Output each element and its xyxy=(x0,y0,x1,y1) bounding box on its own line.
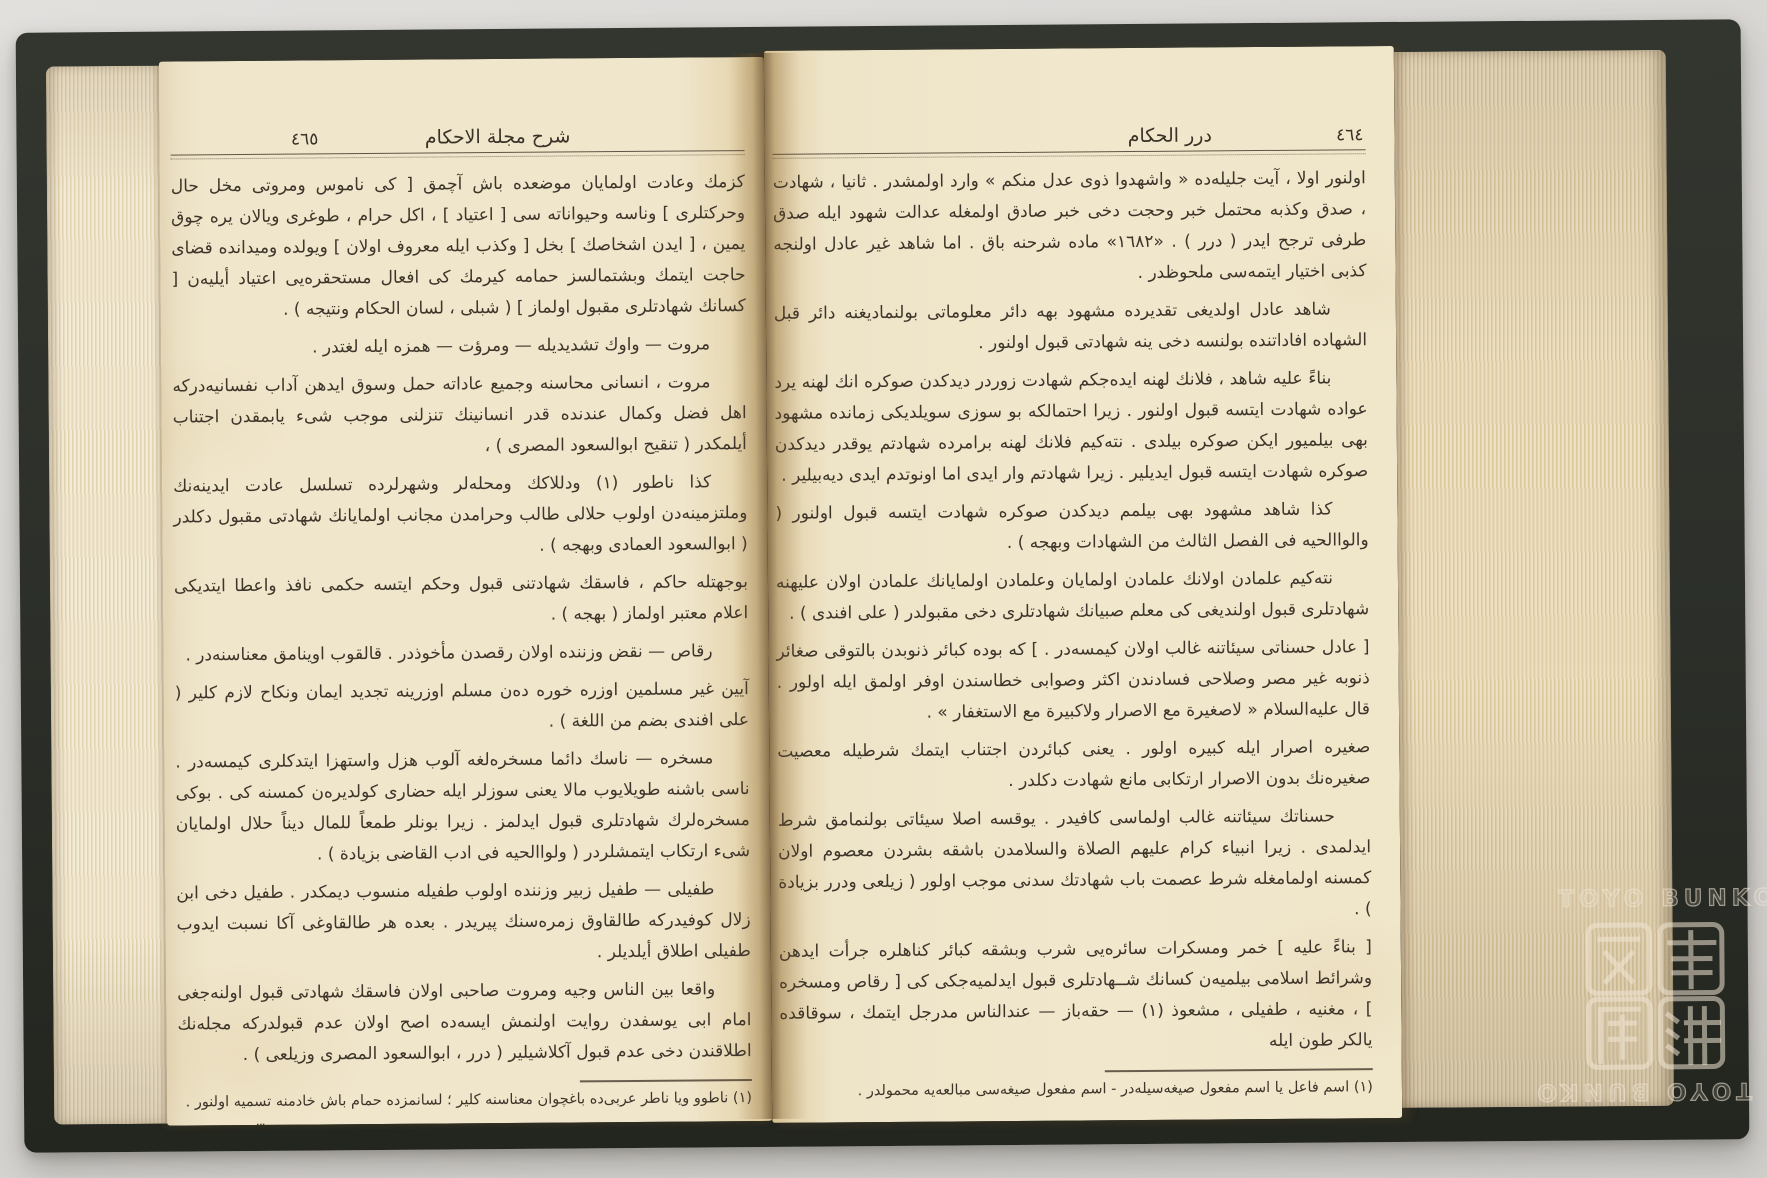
paragraph: مروت ، انسانى محاسنه وجميع عاداته حمل وس… xyxy=(172,367,747,465)
paragraph: نته‌كيم علمادن اولانك علمادن اولمايان وع… xyxy=(776,563,1369,630)
signature-mark: ٣٠ xyxy=(178,1115,752,1126)
right-page-content: درر الحكام ٤٦٤ اولنور اولا ، آيت جليله‌د… xyxy=(764,110,1402,1105)
paragraph: طفيلى — طفيل زبير وزننده اولوب طفيله منس… xyxy=(176,874,751,972)
photo-background: ٤٦٥ شرح مجلة الاحكام كزمك وعادت اولمايان… xyxy=(0,0,1767,1178)
left-page: ٤٦٥ شرح مجلة الاحكام كزمك وعادت اولمايان… xyxy=(159,57,772,1126)
right-page-header: درر الحكام ٤٦٤ xyxy=(772,110,1365,159)
paragraph: مروت — واوك تشديديله — ومرؤت — همزه ايله… xyxy=(172,329,746,365)
right-page: درر الحكام ٤٦٤ اولنور اولا ، آيت جليله‌د… xyxy=(764,46,1402,1123)
right-footnote-rule xyxy=(1105,1068,1373,1072)
paragraph: بوجهتله حاكم ، فاسقك شهادتنى قبول وحكم ا… xyxy=(174,567,748,634)
right-footnote: (١) اسم فاعل يا اسم مفعول صيغه‌سيله‌در -… xyxy=(780,1075,1373,1105)
left-page-content: ٤٦٥ شرح مجلة الاحكام كزمك وعادت اولمايان… xyxy=(159,111,772,1126)
left-footnote-rule xyxy=(580,1079,752,1082)
paragraph: مسخره — ناسك دائما مسخره‌لغه آلوب هزل وا… xyxy=(175,743,750,872)
left-page-body: كزمك وعادت اولمايان موضعده باش آچمق [ كى… xyxy=(171,167,752,1071)
paragraph: اولنور اولا ، آيت جليله‌ده « واشهدوا ذوى… xyxy=(773,163,1367,292)
paragraph: حسناتك سيئاتنه غالب اولماسى كافيدر . يوق… xyxy=(778,801,1372,930)
paragraph: [ بناءً عليه ] خمر ومسكرات سائره‌يى شرب … xyxy=(779,932,1373,1061)
paragraph: شاهد عادل اولديغى تقديرده مشهود بهه دائر… xyxy=(774,294,1367,361)
right-header-rule xyxy=(773,149,1366,159)
paragraph: كزمك وعادت اولمايان موضعده باش آچمق [ كى… xyxy=(171,167,746,327)
page-edges-right xyxy=(1394,50,1674,1108)
left-header-rule xyxy=(171,150,745,160)
left-footnote: (١) ناطوو ويا ناطر عربى‌ده باغچوان معناس… xyxy=(178,1086,752,1116)
paragraph: بناءً عليه شاهد ، فلانك لهنه ايده‌جكم شه… xyxy=(774,363,1368,492)
paragraph: كذا ناطور (١) ودللاكك ومحله‌لر وشهرلرده … xyxy=(173,467,748,565)
right-page-number: ٤٦٤ xyxy=(1336,125,1364,145)
paragraph: واقعا بين الناس وجيه ومروت صاحبى اولان ف… xyxy=(177,974,752,1072)
paragraph: كذا شاهد مشهود بهى بيلمم ديدكدن صوكره شه… xyxy=(775,494,1368,561)
left-page-number: ٤٦٥ xyxy=(291,129,319,149)
book: ٤٦٥ شرح مجلة الاحكام كزمك وعادت اولمايان… xyxy=(16,19,1750,1153)
right-page-body: اولنور اولا ، آيت جليله‌ده « واشهدوا ذوى… xyxy=(773,163,1373,1061)
left-page-header: ٤٦٥ شرح مجلة الاحكام xyxy=(170,111,744,160)
paragraph: آيين غير مسلمين اوزره خوره ده‌ن مسلم اوز… xyxy=(175,674,749,741)
paragraph: صغيره اصرار ايله كبيره اولور . يعنى كبائ… xyxy=(777,732,1370,799)
left-page-title: شرح مجلة الاحكام xyxy=(425,125,571,148)
paragraph: رقاص — نقض وزننده اولان رقصدن مأخوذدر . … xyxy=(174,636,748,672)
right-page-title: درر الحكام xyxy=(1128,124,1212,147)
paragraph: [ عادل حسناتى سيئاتنه غالب اولان كيمسه‌د… xyxy=(776,632,1370,730)
